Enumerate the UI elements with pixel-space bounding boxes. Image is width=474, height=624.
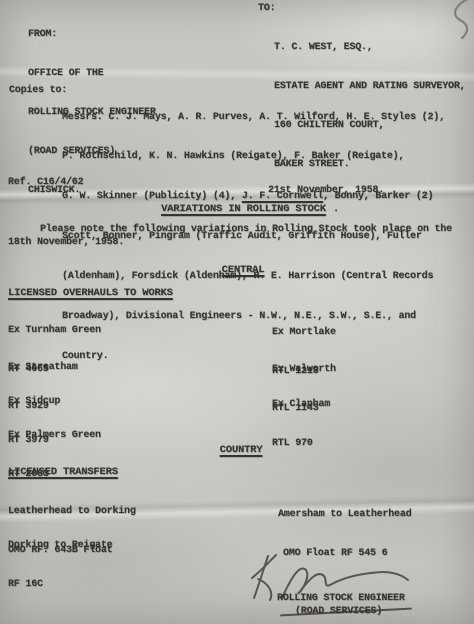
entry-place: Ex Palmers Green [8, 430, 101, 443]
copies-line: Messrs. C. J. Mays, A. R. Purves, A. T. … [62, 111, 445, 124]
title-stray-period: . [333, 203, 339, 215]
to-label: TO: [258, 2, 275, 15]
copies-line: P. Rothschild, K. N. Hawkins (Reigate), … [62, 150, 445, 163]
footer-role: ROLLING STOCK ENGINEER [277, 592, 405, 605]
copies-line-segment: G. W. Skinner (Publicity) (4), [62, 191, 242, 202]
pencil-mark [432, 0, 474, 42]
section-heading-central: CENTRAL [6, 264, 474, 277]
reference-number: Ref. C16/4/62 [8, 176, 83, 189]
to-line: T. C. WEST, ESQ., [274, 41, 465, 54]
entry-stock: RF 16C [8, 579, 112, 592]
entry-place: Amersham to Leatherhead [278, 509, 411, 522]
entry-place: Dorking to Reigate [8, 540, 112, 553]
from-label: FROM: [28, 28, 156, 41]
copies-label: Copies to: [9, 84, 67, 97]
from-line: OFFICE OF THE [28, 67, 156, 80]
intro-line-2: 18th November, 1958. [8, 236, 124, 249]
document-title: VARIATIONS IN ROLLING STOCK [161, 203, 326, 215]
subheading-licensed-transfers: LICENSED TRANSFERS [8, 466, 118, 479]
document-title-line: VARIATIONS IN ROLLING STOCK. [13, 203, 474, 216]
copies-line: Broadway), Divisional Engineers - N.W., … [62, 310, 445, 323]
document-date: 21st November, 1958. [268, 184, 384, 197]
transfer-entry: Dorking to Reigate RF 16C [8, 514, 112, 604]
section-heading-country: COUNTRY [4, 444, 474, 457]
intro-line-1: Please note the following variations in … [40, 223, 452, 236]
copies-line: G. W. Skinner (Publicity) (4), J. F. Cor… [62, 190, 445, 203]
footer-department: (ROAD SERVICES) [295, 605, 382, 618]
copies-line: Country. [62, 350, 445, 363]
entry-place: Ex Clapham [272, 399, 330, 412]
